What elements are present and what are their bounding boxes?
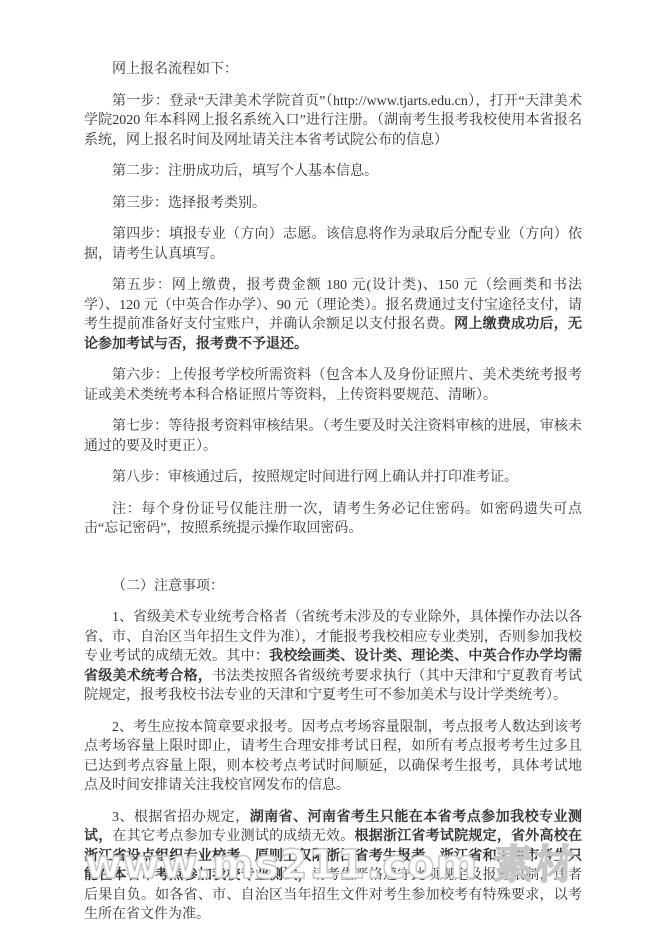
document-page: 网上报名流程如下： 第一步：登录“天津美术学院首页”（http://www.tj…	[0, 0, 660, 933]
flow-step-7: 第七步：等待报考资料审核结果。（考生要及时关注资料审核的进展，审核未通过的要及时…	[84, 417, 582, 456]
notice-item-3-text: 3、根据省招办规定，	[112, 810, 250, 825]
flow-step-5: 第五步：网上缴费，报考费金额 180 元(设计类)、150 元（绘画类和书法学）…	[84, 276, 582, 354]
flow-note: 注：每个身份证号仅能注册一次，请考生务必记住密码。如密码遗失可点击“忘记密码”，…	[84, 500, 582, 539]
flow-step-2: 第二步：注册成功后，填写个人基本信息。	[84, 162, 582, 182]
flow-intro: 网上报名流程如下：	[84, 60, 582, 80]
notice-item-1: 1、省级美术专业统考合格者（省统考未涉及的专业除外，具体操作办法以各省、市、自治…	[84, 608, 582, 706]
notices-heading: （二）注意事项：	[84, 577, 582, 597]
notice-item-3-text-2: 在其它考点参加专业测试的成绩无效。	[112, 829, 354, 844]
notice-item-3: 3、根据省招办规定，湖南省、河南省考生只能在本省考点参加我校专业测试，在其它考点…	[84, 808, 582, 925]
flow-step-1: 第一步：登录“天津美术学院首页”（http://www.tjarts.edu.c…	[84, 92, 582, 151]
flow-step-4: 第四步：填报专业（方向）志愿。该信息将作为录取后分配专业（方向）依据，请考生认真…	[84, 225, 582, 264]
notice-item-2: 2、考生应按本简章要求报考。因考点考场容量限制，考点报考人数达到该考点考场容量上…	[84, 718, 582, 796]
flow-step-3: 第三步：选择报考类别。	[84, 194, 582, 214]
flow-step-8: 第八步：审核通过后，按照规定时间进行网上确认并打印准考证。	[84, 468, 582, 488]
flow-step-6: 第六步：上传报考学校所需资料（包含本人及身份证照片、美术类统考报考证或美术类统考…	[84, 366, 582, 405]
